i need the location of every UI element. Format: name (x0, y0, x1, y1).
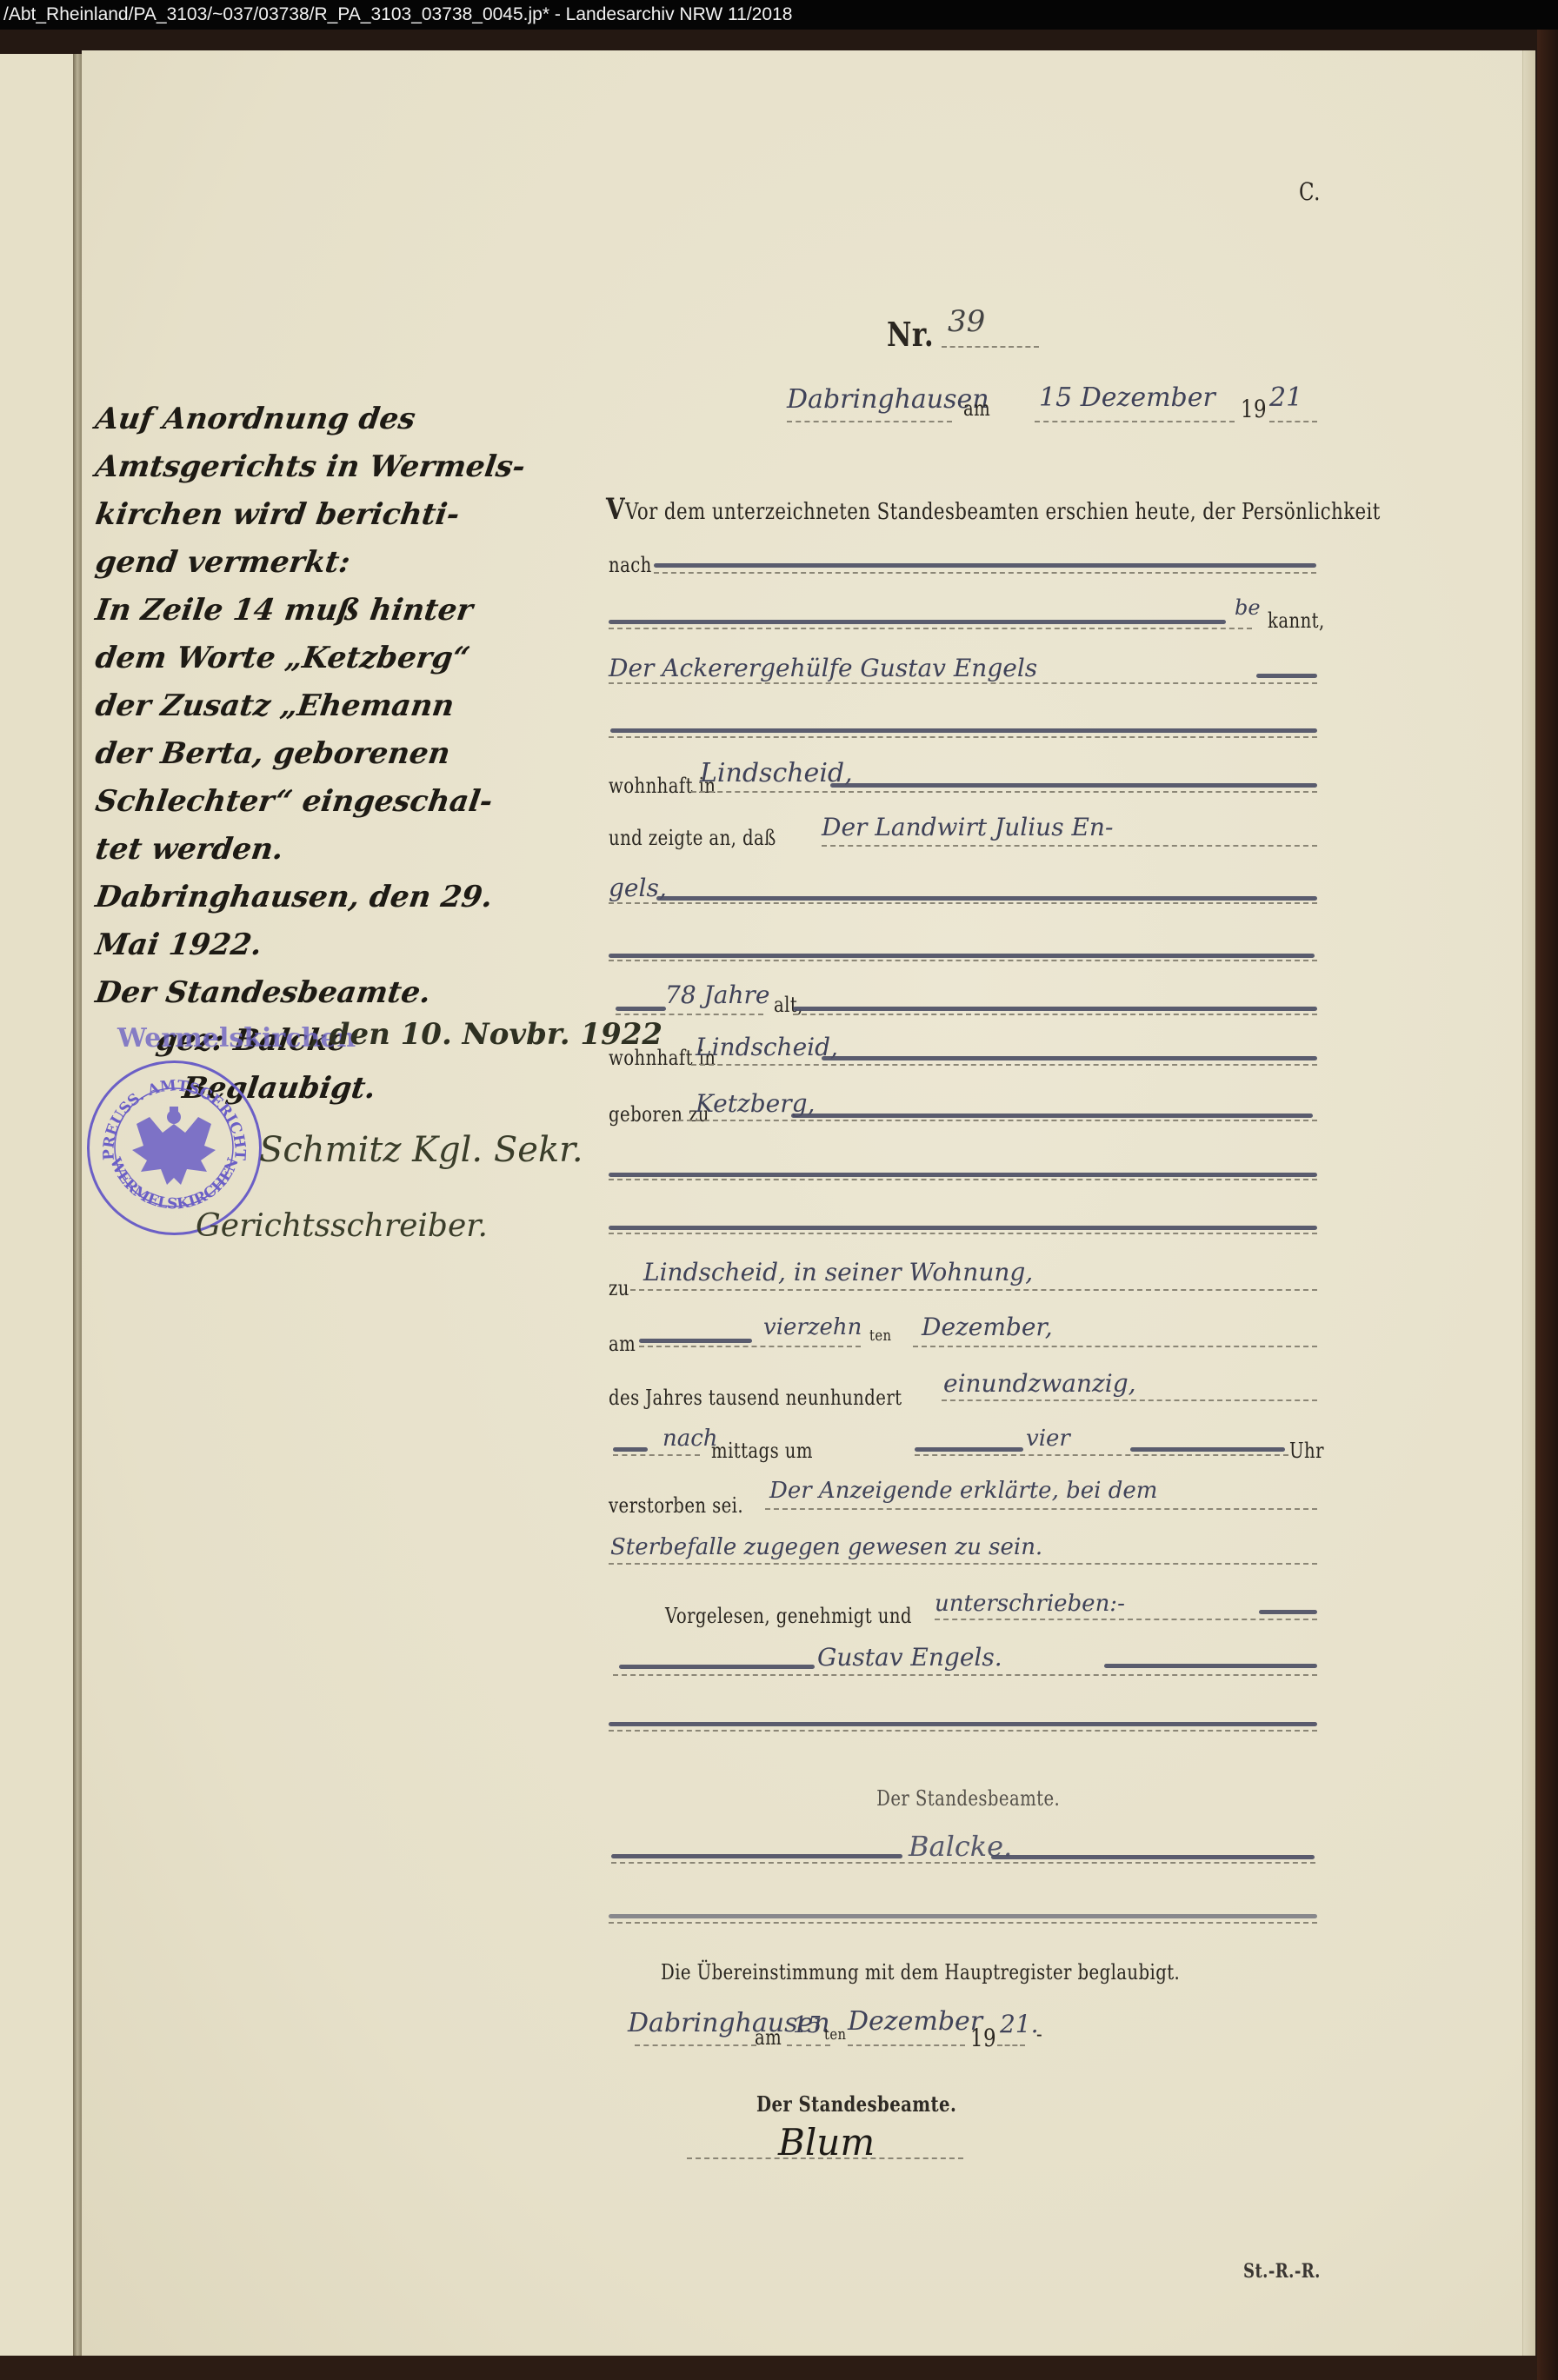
age-value: 78 Jahre (665, 981, 769, 1009)
strike-line-age-right (793, 1007, 1317, 1011)
standesbeamte-label: Der Standesbeamte. (876, 1786, 1060, 1811)
cert-year-suffix: 21. (1000, 2010, 1039, 2038)
blank-dotline-6 (609, 1922, 1317, 1924)
zu-value: Lindscheid, in seiner Wohnung, (643, 1258, 1033, 1286)
margin-note-line: kirchen wird berichti- (92, 491, 612, 539)
registration-year-suffix: 21 (1269, 382, 1302, 413)
blank-dotline-1 (609, 736, 1317, 738)
nach-label: nach (609, 553, 652, 577)
verstorben-dotline (765, 1508, 1317, 1510)
wohnhaft-dotline (691, 791, 1317, 793)
clerk-title: Gerichtsschreiber. (196, 1208, 488, 1244)
deceased-line-1: Der Landwirt Julius En- (822, 813, 1113, 841)
blank-dotline-5 (609, 1730, 1317, 1732)
jahres-dotline (942, 1399, 1317, 1401)
strike-line-geboren (791, 1114, 1313, 1118)
margin-note-line: gend vermerkt: (92, 539, 612, 587)
am-month-dotline (913, 1346, 1317, 1347)
eagle-icon (132, 1107, 216, 1185)
informant-dotline (609, 682, 1317, 684)
book-gutter (73, 54, 82, 2356)
window-title: /Abt_Rheinland/PA_3103/~037/03738/R_PA_3… (3, 4, 792, 24)
cert-dash: - (1036, 2022, 1042, 2046)
cert-ten: ten (824, 2025, 846, 2044)
entry-number-label: Nr. (887, 315, 934, 354)
uebereinstimmung-text: Die Übereinstimmung mit dem Hauptregiste… (661, 1960, 1180, 1984)
strike-line-signature-left (619, 1665, 815, 1669)
intro-rest: Vor dem unterzeichneten Standesbeamten e… (625, 499, 1381, 525)
margin-note-line: In Zeile 14 muß hinter (92, 587, 612, 635)
remark-dotline (609, 1563, 1317, 1565)
cert-year-dotline (997, 2044, 1025, 2046)
nach-dotline (654, 572, 1316, 574)
uhr-label: Uhr (1289, 1439, 1324, 1463)
zeigte-dotline (822, 845, 1317, 847)
mittags-prefix-dotline (613, 1454, 700, 1456)
cert-day: 15 (793, 2012, 822, 2038)
cert-year-prefix: 19 (970, 2024, 996, 2052)
vorgelesen-value: unterschrieben:- (935, 1591, 1125, 1617)
bekannt-dotline (609, 628, 1252, 629)
strike-line-blank-3 (609, 1173, 1317, 1177)
strike-line-nach (654, 563, 1316, 568)
remark-line-2: Sterbefalle zugegen gewesen zu sein. (610, 1534, 1042, 1560)
vorgelesen-label: Vorgelesen, genehmigt und (665, 1604, 912, 1628)
margin-note-line: dem Worte „Ketzberg“ (92, 635, 612, 682)
book-binding-right-edge (1537, 30, 1558, 2380)
strike-line-blank-6 (609, 1914, 1317, 1918)
left-page-edge (0, 54, 75, 2356)
bekannt-hand-prefix: be (1235, 595, 1261, 620)
margin-note-line: der Zusatz „Ehemann (92, 682, 612, 730)
year-dotline (1269, 421, 1317, 422)
strike-line-am (639, 1339, 752, 1343)
margin-note-line: Schlechter“ eingeschal- (92, 778, 612, 826)
blank-dotline-3 (609, 1179, 1317, 1180)
am-label: am (609, 1332, 636, 1356)
registration-year-prefix: 19 (1241, 395, 1267, 423)
registration-place: Dabringhausen (787, 384, 989, 415)
entry-number-value: 39 (948, 304, 985, 339)
age-right-dotline (793, 1014, 1317, 1015)
margin-note-line: Dabringhausen, den 29. (92, 874, 612, 921)
cert-month-dotline (848, 2044, 965, 2046)
strike-line-wohnhaft2 (822, 1056, 1317, 1060)
remark-line-1: Der Anzeigende erklärte, bei dem (769, 1478, 1157, 1504)
gels-dotline (609, 902, 1317, 904)
margin-correction-note: Auf Anordnung des Amtsgerichts in Wermel… (96, 396, 609, 1113)
blank-dotline-4 (609, 1233, 1317, 1234)
strike-line-mittags (613, 1447, 648, 1452)
strike-line-vorgelesen (1259, 1610, 1317, 1614)
signature-dotline (613, 1674, 1317, 1676)
page-edge-stack (1522, 50, 1535, 2356)
cert-month: Dezember (848, 2006, 982, 2037)
margin-note-line: Der Standesbeamte. (92, 969, 612, 1017)
wohnhaft2-dotline (691, 1064, 1317, 1066)
strike-line-uhr-right (1130, 1447, 1285, 1452)
strike-line-standes-left (611, 1854, 902, 1858)
am-day-dotline (639, 1346, 861, 1347)
strike-line-standes-right (991, 1855, 1315, 1859)
strike-line-blank-2 (609, 954, 1315, 958)
age-dotline (616, 1014, 763, 1015)
wohnhaft2-value: Lindscheid, (696, 1033, 838, 1061)
margin-note-line: Auf Anordnung des (92, 396, 612, 443)
strike-line-bekannt (609, 620, 1226, 624)
jahres-value: einundzwanzig, (943, 1369, 1136, 1398)
blank-dotline-2 (609, 960, 1317, 961)
strike-line-age-left (616, 1007, 666, 1011)
strike-line-gels (656, 896, 1317, 901)
informant-name: Der Ackerergehülfe Gustav Engels (609, 654, 1037, 682)
cert-am: am (755, 2025, 782, 2050)
cert-date-note: , den 10. Novbr. 1922 (309, 1017, 662, 1052)
registration-am-label: am (963, 396, 990, 421)
date-dotline (1035, 421, 1235, 422)
zu-label: zu (609, 1276, 629, 1300)
am-day: vierzehn (763, 1314, 862, 1340)
strike-line-blank-5 (609, 1722, 1317, 1726)
mittags-label: mittags um (711, 1439, 813, 1463)
cert-standesbeamte-label: Der Standesbeamte. (756, 2091, 956, 2117)
margin-note-line: Amtsgerichts in Wermels- (92, 443, 612, 491)
strike-line-signature-right (1104, 1664, 1317, 1668)
margin-note-line: der Berta, geborenen (92, 730, 612, 778)
entry-number-dotline (942, 346, 1039, 348)
margin-note-line: Mai 1922. (92, 921, 612, 969)
clerk-signature: Schmitz Kgl. Sekr. (259, 1130, 583, 1170)
geboren-dotline (678, 1120, 1317, 1121)
seal-svg: PREUSS. AMTSGERICHT WERMELSKIRCHEN (90, 1063, 259, 1233)
strike-line-blank-4 (609, 1226, 1317, 1230)
mittags-dotline (915, 1454, 1288, 1456)
zu-dotline (630, 1289, 1317, 1291)
bekannt-label: kannt, (1268, 608, 1325, 633)
cert-place-dotline (635, 2044, 756, 2046)
informant-signature: Gustav Engels. (817, 1643, 1002, 1672)
mittags-prefix: nach (662, 1426, 718, 1452)
strike-line-blank-1 (610, 728, 1317, 733)
window-title-bar: /Abt_Rheinland/PA_3103/~037/03738/R_PA_3… (0, 0, 1558, 30)
corner-mark: C. (1299, 177, 1321, 206)
mittags-value: vier (1026, 1426, 1070, 1452)
cert-day-dotline (787, 2044, 830, 2046)
form-code: St.-R.-R. (1243, 2260, 1321, 2283)
cert-signature-dotline (687, 2157, 963, 2159)
standes-dotline (611, 1862, 1315, 1864)
intro-text: VVor dem unterzeichneten Standesbeamten … (606, 492, 1381, 527)
margin-note-line: tet werden. (92, 826, 612, 874)
am-month: Dezember, (922, 1313, 1053, 1341)
strike-line-wohnhaft (830, 783, 1317, 788)
jahres-label: des Jahres tausend neunhundert (609, 1386, 902, 1410)
registration-day-month: 15 Dezember (1039, 382, 1215, 413)
strike-line-uhr-left (915, 1447, 1023, 1452)
place-dotline (787, 421, 952, 422)
geboren-label: geboren zu (609, 1102, 709, 1127)
strike-line-informant (1256, 674, 1317, 678)
am-ten: ten (869, 1326, 891, 1345)
verstorben-label: verstorben sei. (609, 1493, 743, 1518)
zeigte-an-label: und zeigte an, daß (609, 826, 776, 850)
vorgelesen-dotline (935, 1619, 1317, 1620)
